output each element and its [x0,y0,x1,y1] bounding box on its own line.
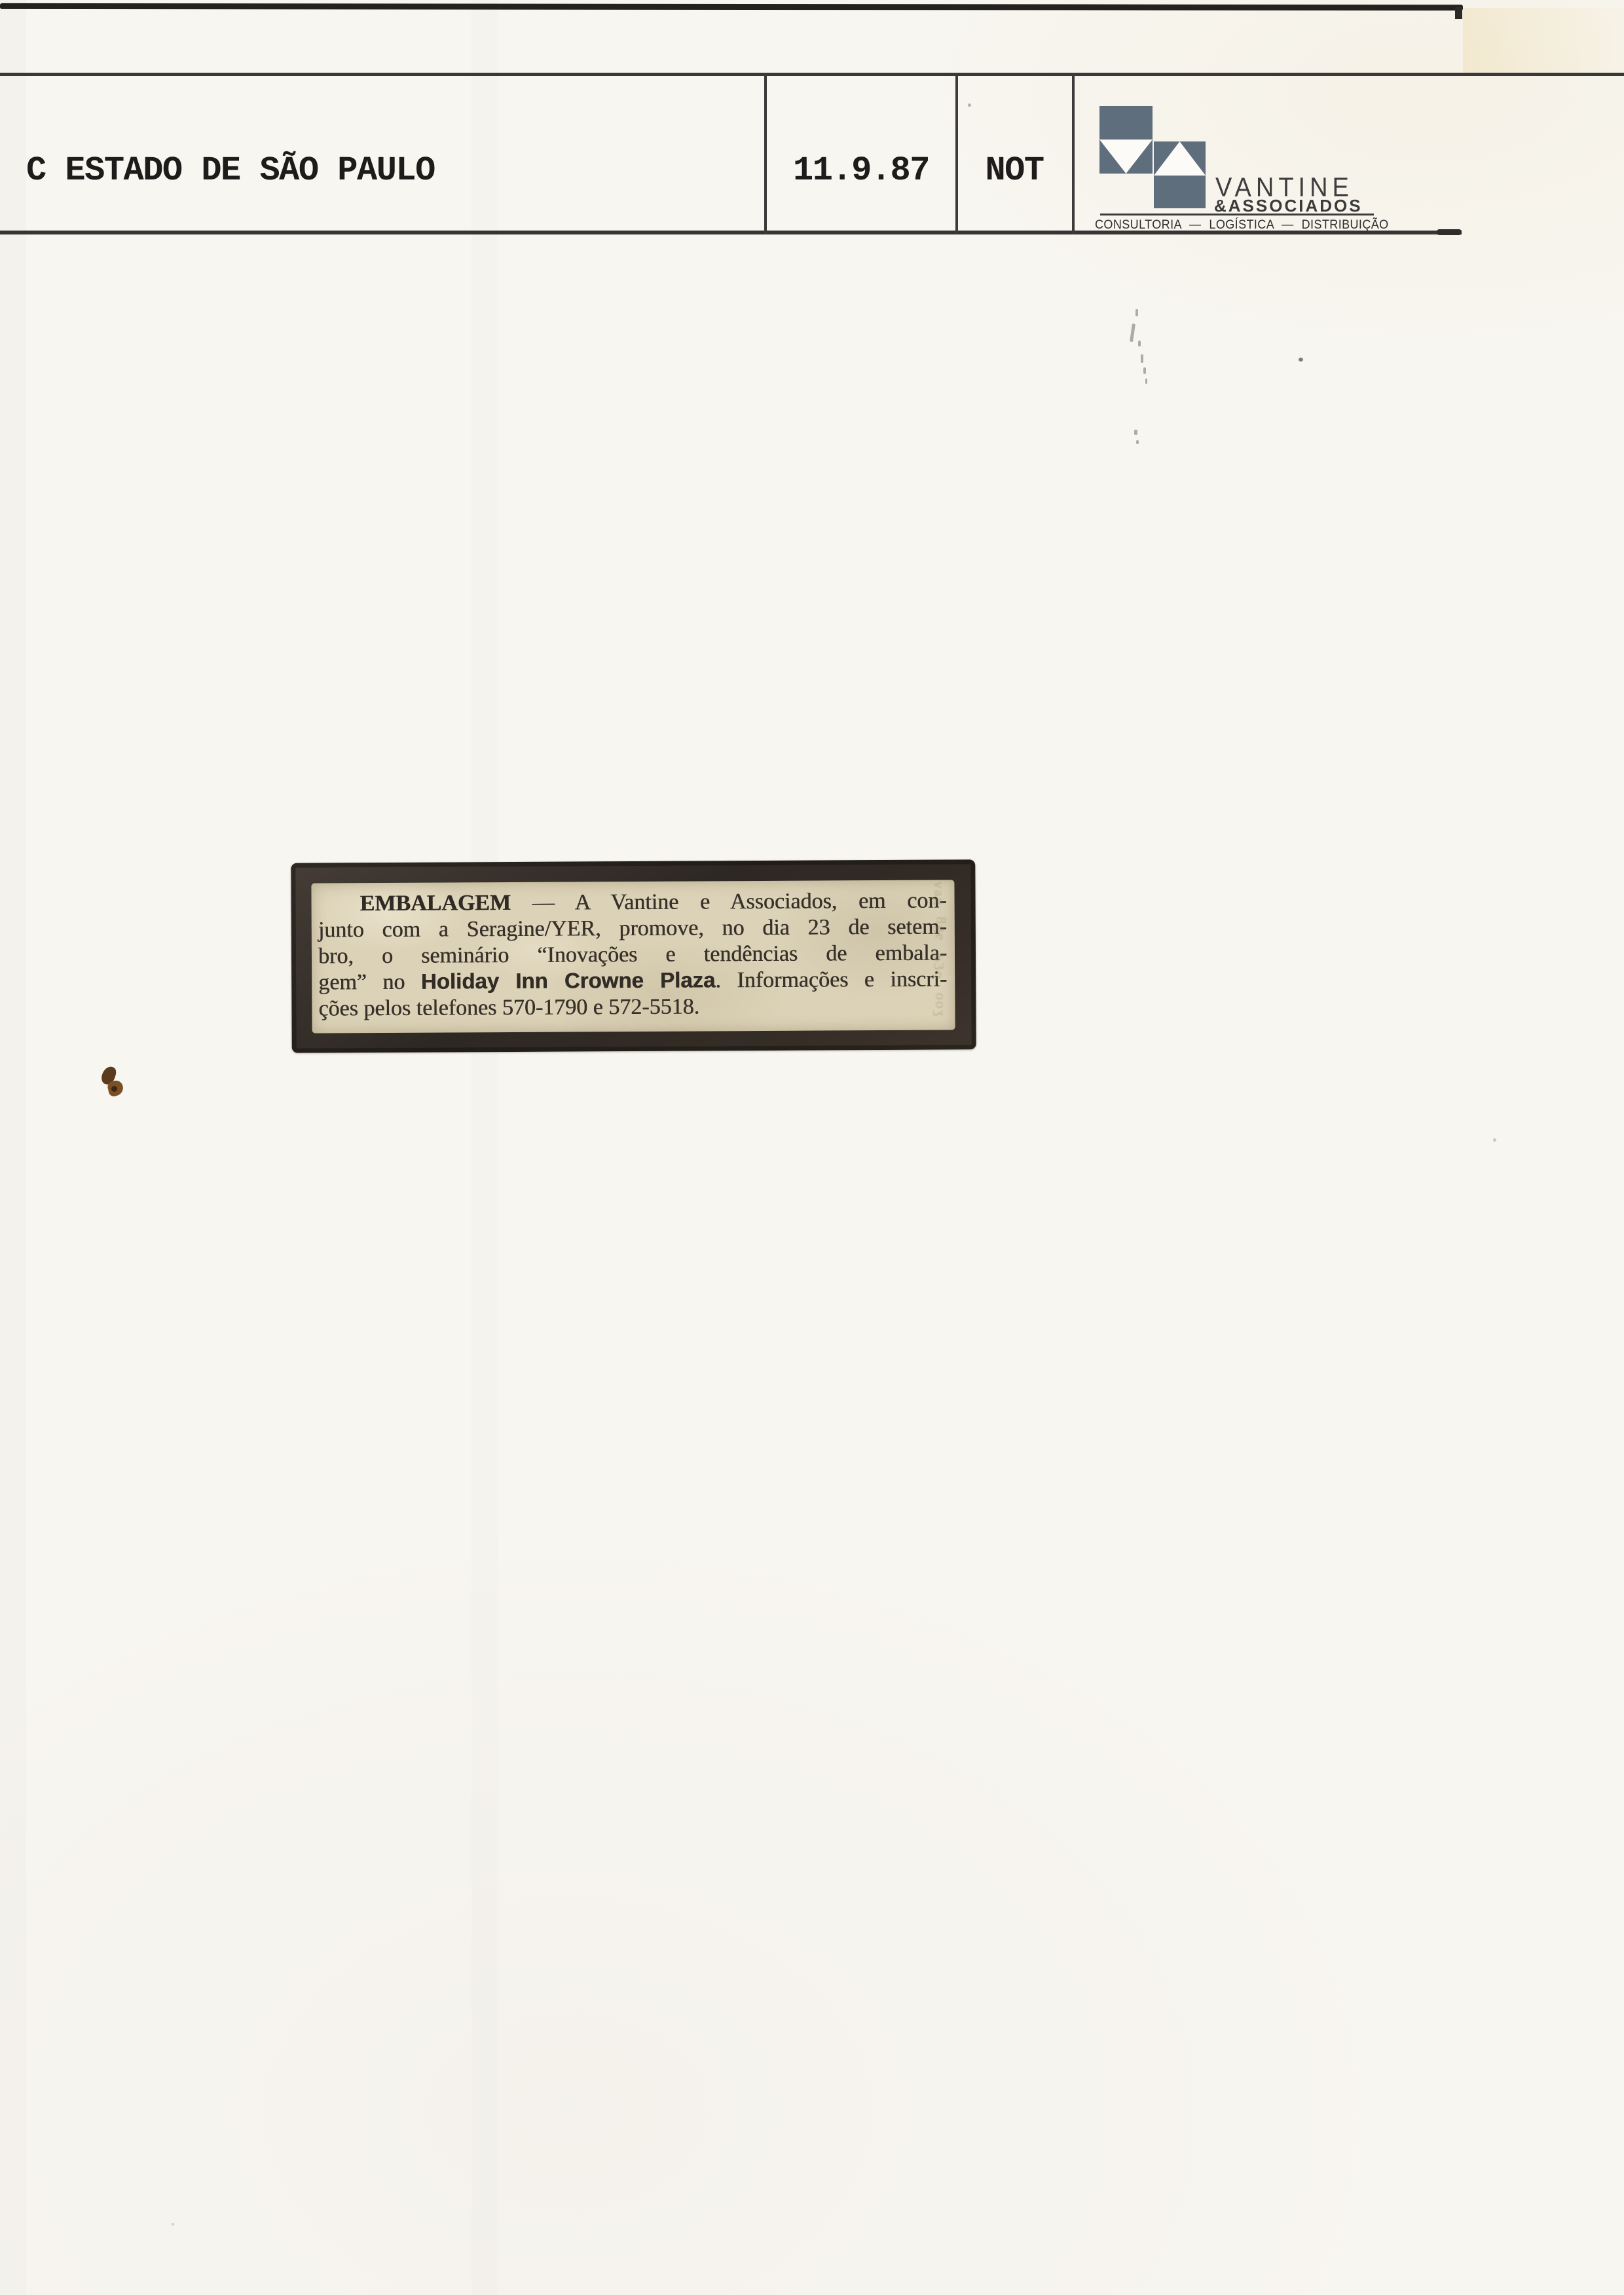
clipping-venue: Holiday Inn Crowne Plaza [421,968,716,994]
header-bottom-rule-end [1437,229,1462,235]
newspaper-clipping: EMBALAGEM — A Vantine e Associados, em c… [291,859,976,1053]
date-stamp: 11.9.87 [767,151,955,190]
bleedthrough-text: vag [931,881,948,906]
bleedthrough-text: 8ge [932,916,950,942]
header-divider-3 [1072,73,1075,234]
page-corner-tint [1463,8,1624,73]
logo-rule [1100,214,1374,215]
clipping-line-1: EMBALAGEM — A Vantine e Associados, em c… [318,887,946,917]
logo-v-triangle-icon [1099,140,1153,174]
category-code: NOT [957,151,1072,190]
clipping-line-3: bro, o seminário “Inovações e tendências… [318,940,947,969]
paper-speck [968,103,971,107]
logo-square-bottom [1154,176,1206,208]
bleedthrough-text: b3o [929,954,948,980]
logo-tagline: CONSULTORIA — LOGÍSTICA — DISTRIBUIÇÃO [1095,218,1389,233]
publication-title: C ESTADO DE SÃO PAULO [26,151,435,190]
scan-edge-line [0,3,1463,10]
scanned-clipping-sheet: C ESTADO DE SÃO PAULO 11.9.87 NOT VANTIN… [0,0,1624,2295]
paper-speck [172,2223,174,2226]
logo-square-top [1099,106,1153,140]
clipping-keyword: EMBALAGEM [360,891,511,916]
clipping-text: EMBALAGEM — A Vantine e Associados, em c… [318,887,947,1022]
logo-square-a [1154,141,1206,176]
clipping-line-5: ções pelos telefones 570-1790 e 572-5518… [318,993,947,1022]
logo-a-triangle-icon [1154,141,1206,176]
header-top-rule [0,73,1624,76]
paper-speck [1493,1138,1496,1142]
newsprint-paper: EMBALAGEM — A Vantine e Associados, em c… [311,880,955,1033]
clipping-line-4: gem” no Holiday Inn Crowne Plaza. Inform… [318,966,947,996]
logo-square-v [1099,140,1153,174]
scan-edge-hook [1455,7,1462,19]
bleedthrough-text: ooʒ [932,993,949,1018]
clipping-line-2: junto com a Seragine/YER, promove, no di… [318,914,947,943]
